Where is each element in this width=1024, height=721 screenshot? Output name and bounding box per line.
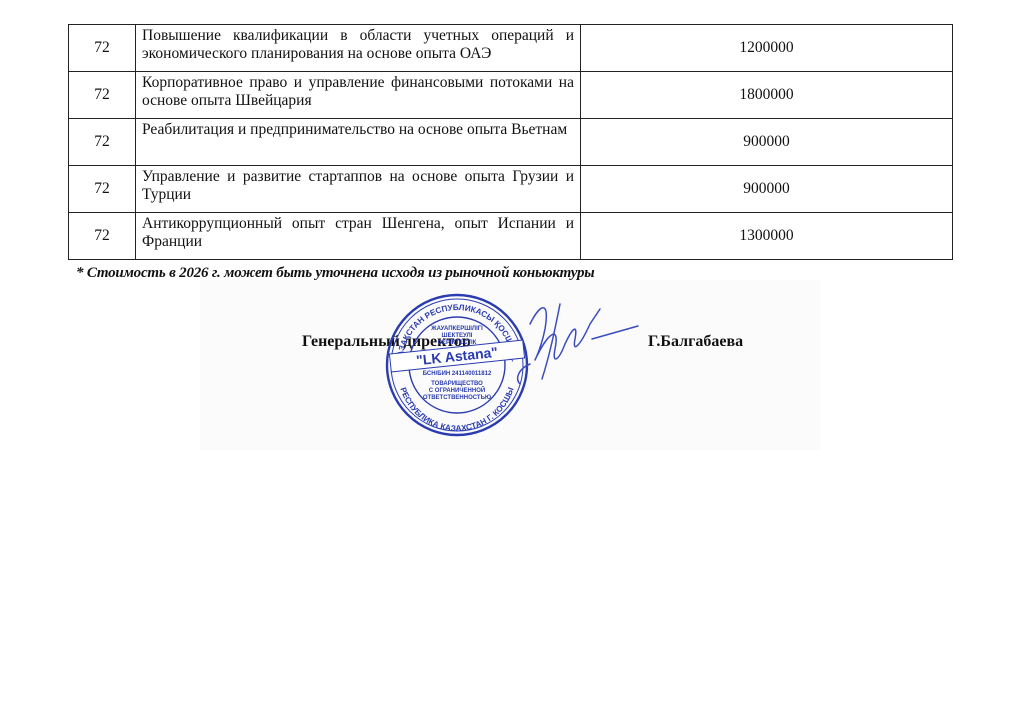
svg-text:ОТВЕТСТВЕННОСТЬЮ: ОТВЕТСТВЕННОСТЬЮ	[423, 395, 491, 401]
table-row: 72 Повышение квалификации в области учет…	[69, 25, 953, 72]
svg-text:ШЕКТЕУЛІ: ШЕКТЕУЛІ	[442, 333, 473, 339]
table-row: 72 Антикоррупционный опыт стран Шенгена,…	[69, 213, 953, 260]
table-row: 72 Управление и развитие стартаппов на о…	[69, 166, 953, 213]
hours-cell: 72	[69, 166, 136, 213]
svg-text:ЖАУАПКЕРШІЛІГІ: ЖАУАПКЕРШІЛІГІ	[430, 326, 483, 332]
handwritten-signature-icon	[500, 284, 650, 394]
hours-cell: 72	[69, 213, 136, 260]
price-table: 72 Повышение квалификации в области учет…	[68, 24, 953, 260]
hours-cell: 72	[69, 119, 136, 166]
cost-cell: 1300000	[581, 213, 953, 260]
table-row: 72 Реабилитация и предпринимательство на…	[69, 119, 953, 166]
course-title-cell: Управление и развитие стартаппов на осно…	[136, 166, 581, 213]
hours-cell: 72	[69, 25, 136, 72]
cost-cell: 900000	[581, 119, 953, 166]
signatory-name: Г.Балгабаева	[648, 333, 743, 351]
course-title-cell: Антикоррупционный опыт стран Шенгена, оп…	[136, 213, 581, 260]
svg-text:БСН/БИН 241140011812: БСН/БИН 241140011812	[423, 371, 492, 377]
hours-cell: 72	[69, 72, 136, 119]
course-title-cell: Реабилитация и предпринимательство на ос…	[136, 119, 581, 166]
svg-text:С ОГРАНИЧЕННОЙ: С ОГРАНИЧЕННОЙ	[429, 386, 485, 394]
cost-cell: 900000	[581, 166, 953, 213]
course-title-cell: Корпоративное право и управление финансо…	[136, 72, 581, 119]
cost-cell: 1200000	[581, 25, 953, 72]
table-row: 72 Корпоративное право и управление фина…	[69, 72, 953, 119]
svg-text:ТОВАРИЩЕСТВО: ТОВАРИЩЕСТВО	[431, 381, 483, 387]
cost-cell: 1800000	[581, 72, 953, 119]
course-title-cell: Повышение квалификации в области учетных…	[136, 25, 581, 72]
